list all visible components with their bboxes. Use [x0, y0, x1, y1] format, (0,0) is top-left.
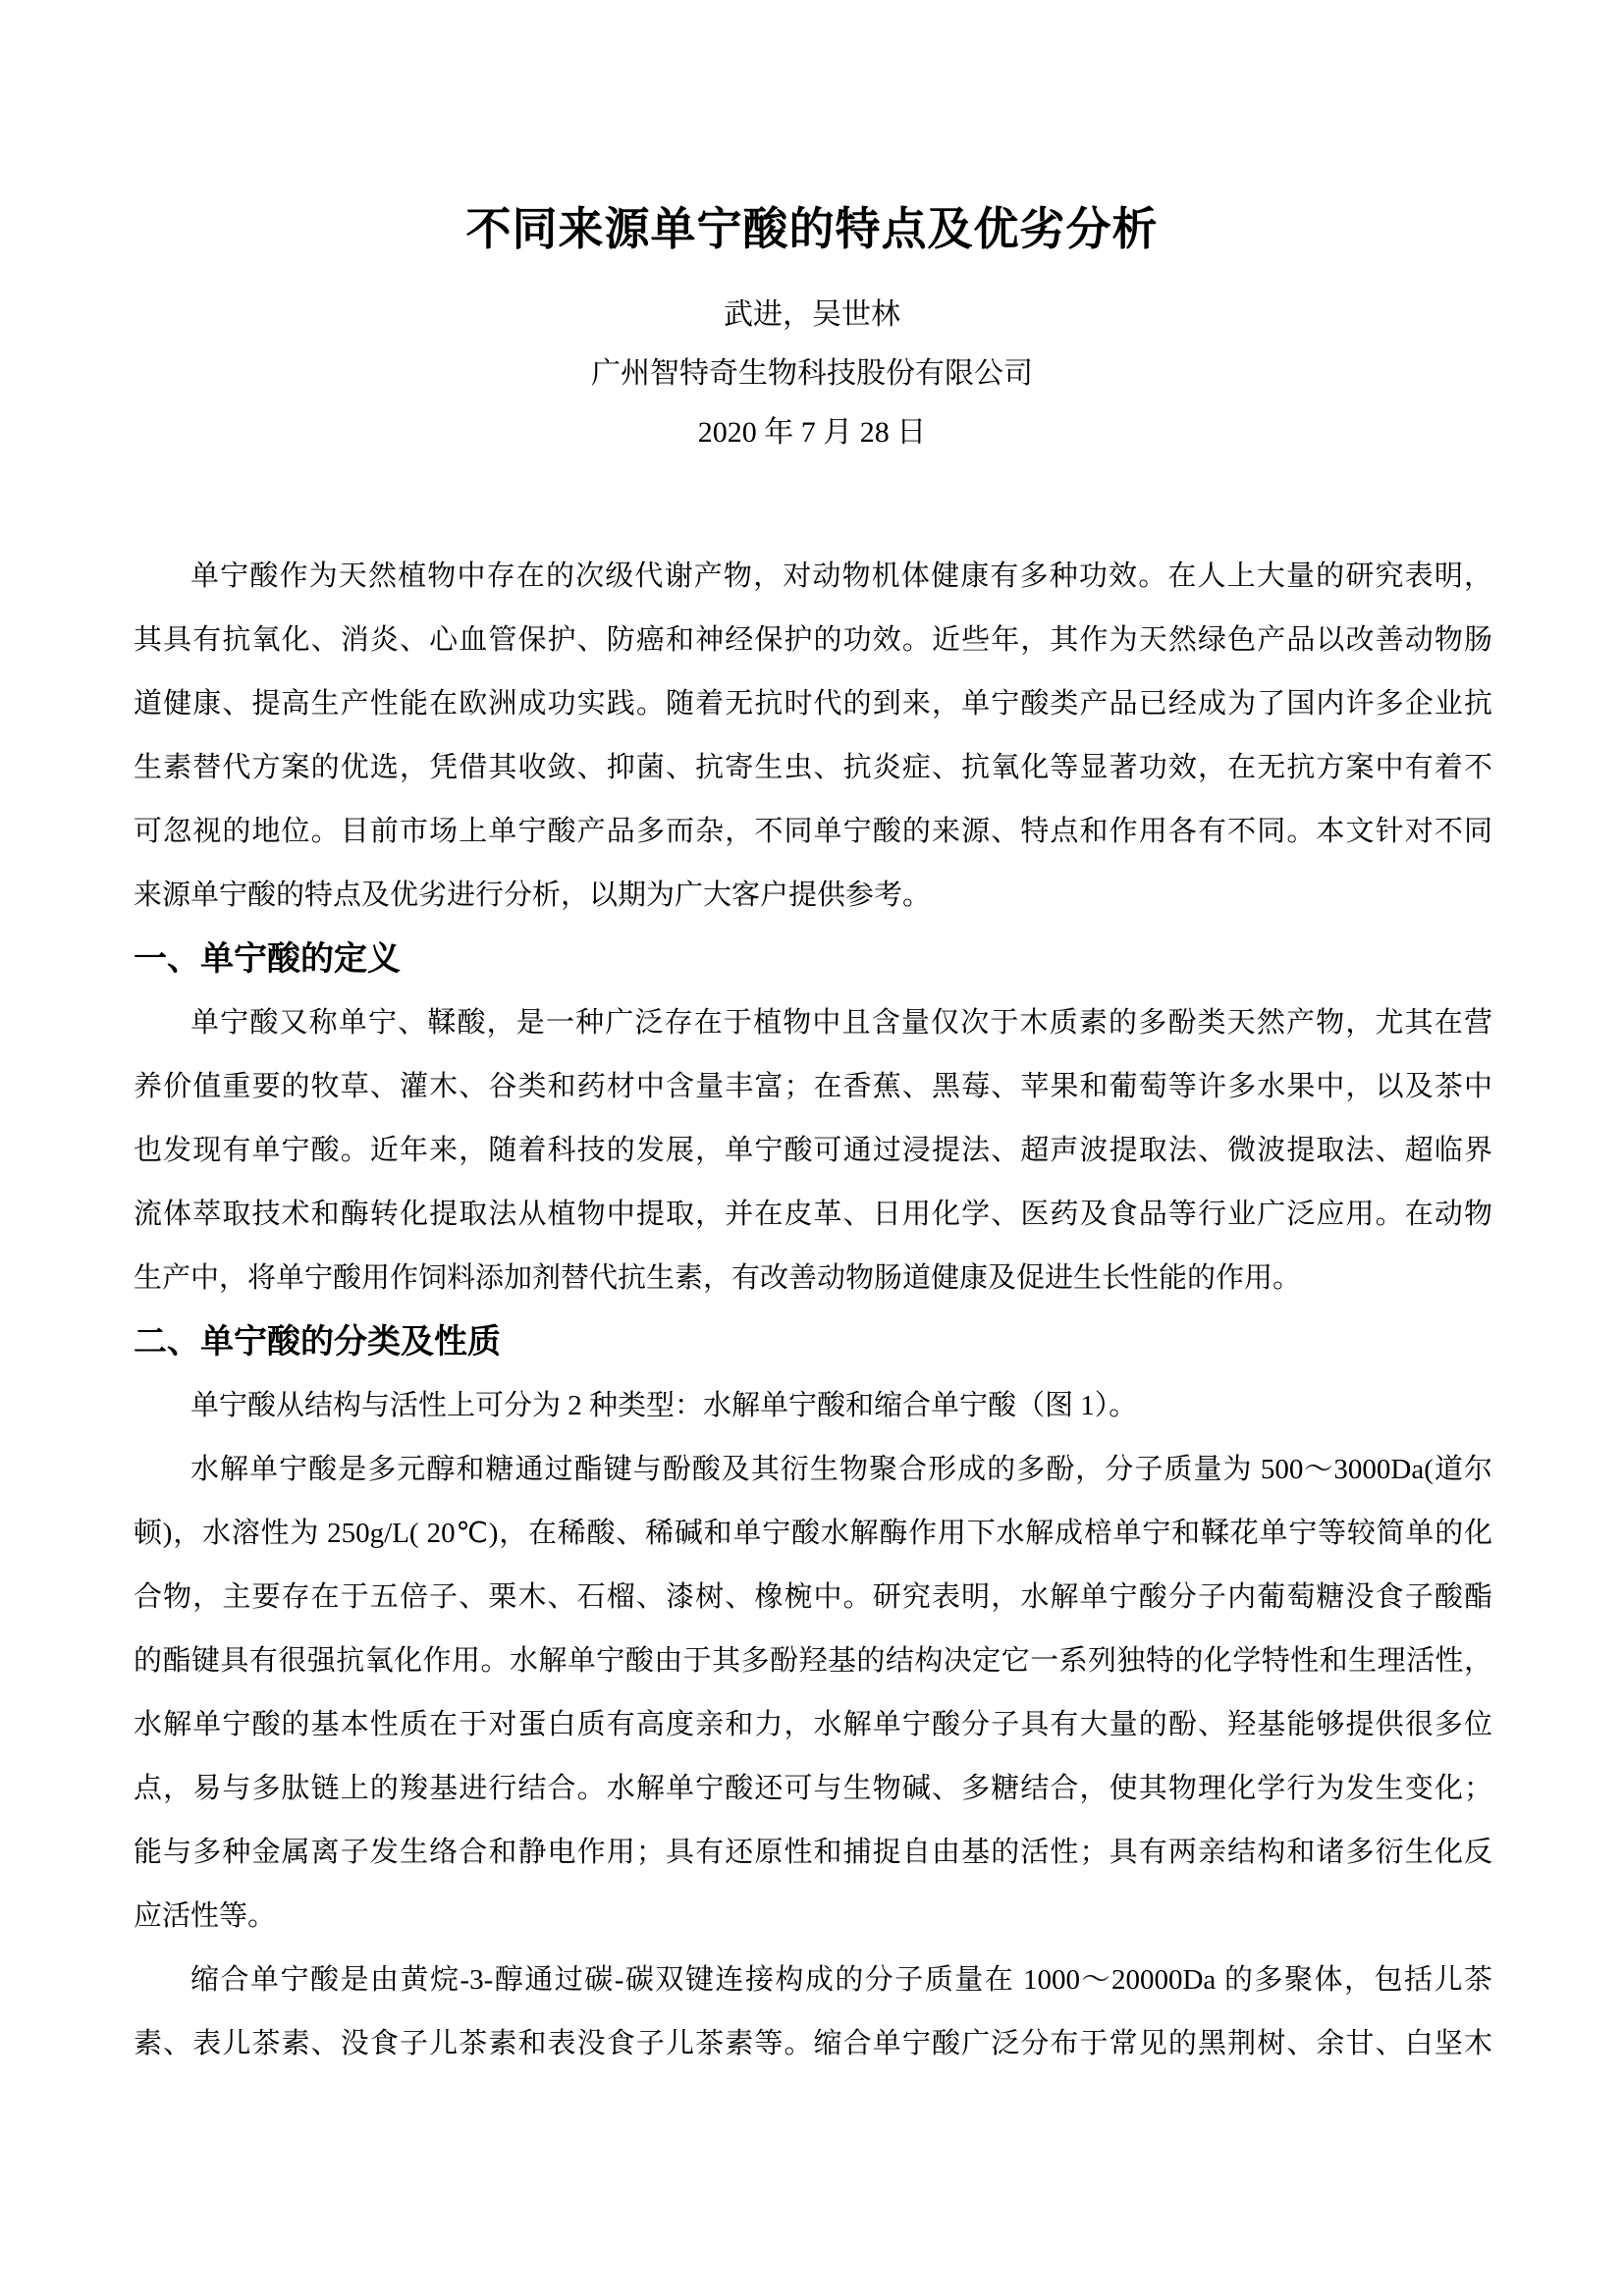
text-line: 单宁酸又称单宁、鞣酸，是一种广泛存在于植物中且含量仅次于木质素的多酚类天然产物，… — [134, 991, 1492, 1055]
text-line: 顿)，水溶性为 250g/L( 20℃)，在稀酸、稀碱和单宁酸水解酶作用下水解成… — [134, 1502, 1492, 1566]
paragraph: 单宁酸作为天然植物中存在的次级代谢产物，对动物机体健康有多种功效。在人上大量的研… — [134, 545, 1492, 928]
text-line: 缩合单宁酸是由黄烷-3-醇通过碳-碳双键连接构成的分子质量在 1000～2000… — [134, 1949, 1492, 2012]
text-line: 单宁酸作为天然植物中存在的次级代谢产物，对动物机体健康有多种功效。在人上大量的研… — [134, 545, 1492, 609]
paragraph: 缩合单宁酸是由黄烷-3-醇通过碳-碳双键连接构成的分子质量在 1000～2000… — [134, 1949, 1492, 2076]
document-authors: 武进，吴世林 — [0, 298, 1624, 332]
text-line: 其具有抗氧化、消炎、心血管保护、防癌和神经保护的功效。近些年，其作为天然绿色产品… — [134, 609, 1492, 672]
document-date: 2020 年 7 月 28 日 — [0, 416, 1624, 450]
text-line: 来源单宁酸的特点及优劣进行分析，以期为广大客户提供参考。 — [134, 864, 1492, 928]
text-line: 水解单宁酸的基本性质在于对蛋白质有高度亲和力，水解单宁酸分子具有大量的酚、羟基能… — [134, 1693, 1492, 1757]
text-line: 单宁酸从结构与活性上可分为 2 种类型：水解单宁酸和缩合单宁酸（图 1）。 — [134, 1374, 1492, 1438]
text-line: 生产中，将单宁酸用作饲料添加剂替代抗生素，有改善动物肠道健康及促进生长性能的作用… — [134, 1247, 1492, 1310]
text-line: 生素替代方案的优选，凭借其收敛、抑菌、抗寄生虫、抗炎症、抗氧化等显著功效，在无抗… — [134, 736, 1492, 800]
paragraph: 单宁酸从结构与活性上可分为 2 种类型：水解单宁酸和缩合单宁酸（图 1）。 — [134, 1374, 1492, 1438]
text-line: 水解单宁酸是多元醇和糖通过酯键与酚酸及其衍生物聚合形成的多酚，分子质量为 500… — [134, 1438, 1492, 1502]
text-line: 点，易与多肽链上的羧基进行结合。水解单宁酸还可与生物碱、多糖结合，使其物理化学行… — [134, 1757, 1492, 1821]
document-title: 不同来源单宁酸的特点及优劣分析 — [0, 200, 1624, 259]
text-line: 也发现有单宁酸。近年来，随着科技的发展，单宁酸可通过浸提法、超声波提取法、微波提… — [134, 1119, 1492, 1183]
text-line: 素、表儿茶素、没食子儿茶素和表没食子儿茶素等。缩合单宁酸广泛分布于常见的黑荆树、… — [134, 2012, 1492, 2076]
text-line: 道健康、提高生产性能在欧洲成功实践。随着无抗时代的到来，单宁酸类产品已经成为了国… — [134, 672, 1492, 736]
text-line: 养价值重要的牧草、灌木、谷类和药材中含量丰富；在香蕉、黑莓、苹果和葡萄等许多水果… — [134, 1055, 1492, 1119]
text-line: 流体萃取技术和酶转化提取法从植物中提取，并在皮革、日用化学、医药及食品等行业广泛… — [134, 1183, 1492, 1247]
text-line: 可忽视的地位。目前市场上单宁酸产品多而杂，不同单宁酸的来源、特点和作用各有不同。… — [134, 800, 1492, 864]
document-body: 单宁酸作为天然植物中存在的次级代谢产物，对动物机体健康有多种功效。在人上大量的研… — [134, 450, 1492, 2076]
document-page: 不同来源单宁酸的特点及优劣分析 武进，吴世林 广州智特奇生物科技股份有限公司 2… — [0, 0, 1624, 2296]
section-heading: 二、单宁酸的分类及性质 — [134, 1310, 1492, 1374]
section-heading: 一、单宁酸的定义 — [134, 928, 1492, 991]
document-affiliation: 广州智特奇生物科技股份有限公司 — [0, 357, 1624, 391]
text-line: 合物，主要存在于五倍子、栗木、石榴、漆树、橡椀中。研究表明，水解单宁酸分子内葡萄… — [134, 1566, 1492, 1629]
paragraph: 水解单宁酸是多元醇和糖通过酯键与酚酸及其衍生物聚合形成的多酚，分子质量为 500… — [134, 1438, 1492, 1949]
text-line: 的酯键具有很强抗氧化作用。水解单宁酸由于其多酚羟基的结构决定它一系列独特的化学特… — [134, 1629, 1492, 1693]
text-line: 能与多种金属离子发生络合和静电作用；具有还原性和捕捉自由基的活性；具有两亲结构和… — [134, 1821, 1492, 1885]
paragraph: 单宁酸又称单宁、鞣酸，是一种广泛存在于植物中且含量仅次于木质素的多酚类天然产物，… — [134, 991, 1492, 1310]
text-line: 应活性等。 — [134, 1885, 1492, 1949]
document-header: 不同来源单宁酸的特点及优劣分析 武进，吴世林 广州智特奇生物科技股份有限公司 2… — [0, 0, 1624, 450]
